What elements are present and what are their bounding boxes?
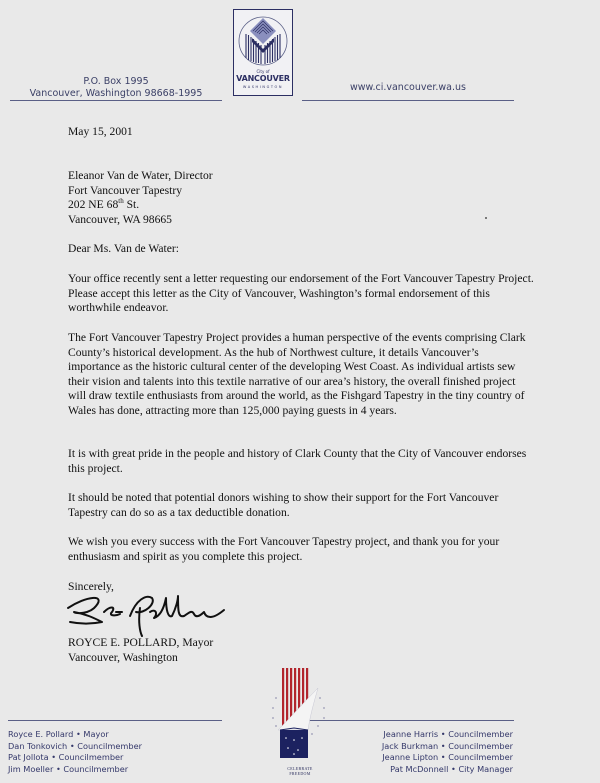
street-suffix: St. — [124, 198, 139, 211]
bullet: • — [70, 741, 75, 751]
bullet: • — [56, 764, 61, 774]
logo-vancouver: VANCOUVER — [234, 74, 292, 84]
paragraph-4: It should be noted that potential donors… — [68, 491, 523, 520]
paragraph-text: It should be noted that potential donors… — [68, 491, 523, 520]
paragraph-text: Your office recently sent a letter reque… — [68, 272, 538, 316]
city-logo: City of VANCOUVER WASHINGTON — [233, 9, 293, 96]
bullet: • — [441, 741, 446, 751]
salutation-block: Dear Ms. Van de Water: — [68, 242, 548, 257]
official-name: Jeanne Lipton — [382, 752, 438, 762]
official-name: Royce E. Pollard — [8, 729, 73, 739]
salutation: Dear Ms. Van de Water: — [68, 242, 548, 257]
official-name: Dan Tonkovich — [8, 741, 67, 751]
official-row: Pat McDonnell • City Manager — [382, 764, 513, 776]
official-name: Pat Jollota — [8, 752, 49, 762]
official-row: Jack Burkman • Councilmember — [382, 741, 513, 753]
official-name: Jack Burkman — [382, 741, 438, 751]
bullet: • — [76, 729, 81, 739]
paragraph-text: It is with great pride in the people and… — [68, 447, 543, 476]
recipient-name: Eleanor Van de Water, Director — [68, 169, 548, 184]
website-link[interactable]: www.ci.vancouver.wa.us — [302, 82, 514, 94]
celebrate-freedom-flag-icon — [268, 668, 332, 766]
header-rule-left — [10, 100, 222, 101]
recipient-city: Vancouver, WA 98665 — [68, 213, 548, 228]
city-state-zip: Vancouver, Washington 98668-1995 — [10, 88, 222, 100]
bullet: • — [441, 752, 446, 762]
official-row: Jeanne Lipton • Councilmember — [382, 752, 513, 764]
paragraph-2: The Fort Vancouver Tapestry Project prov… — [68, 331, 528, 419]
paragraph-1: Your office recently sent a letter reque… — [68, 272, 538, 316]
bullet: • — [51, 752, 56, 762]
recipient-block: Eleanor Van de Water, Director Fort Vanc… — [68, 169, 548, 227]
official-name: Jeanne Harris — [383, 729, 438, 739]
po-box: P.O. Box 1995 — [10, 76, 222, 88]
official-role: Councilmember — [77, 741, 142, 751]
paragraph-text: The Fort Vancouver Tapestry Project prov… — [68, 331, 528, 419]
city-of-vancouver-logo-icon — [238, 14, 288, 68]
street-number: 202 NE 68 — [68, 198, 118, 211]
official-role: Councilmember — [448, 741, 513, 751]
paragraph-3: It is with great pride in the people and… — [68, 447, 543, 476]
officials-right: Jeanne Harris • Councilmember Jack Burkm… — [382, 729, 513, 775]
emblem-caption: CELEBRATE FREEDOM — [280, 766, 320, 776]
header-rule-right — [302, 100, 514, 101]
official-role: Councilmember — [448, 752, 513, 762]
official-row: Jim Moeller • Councilmember — [8, 764, 142, 776]
official-role: Mayor — [83, 729, 108, 739]
emblem-line-2: FREEDOM — [280, 771, 320, 776]
date: May 15, 2001 — [68, 125, 548, 140]
official-role: Councilmember — [448, 729, 513, 739]
letterhead-address: P.O. Box 1995 Vancouver, Washington 9866… — [10, 76, 222, 100]
letterhead-website-wrap: www.ci.vancouver.wa.us — [302, 82, 514, 94]
official-role: Councilmember — [63, 764, 128, 774]
official-role: Councilmember — [59, 752, 124, 762]
bullet: • — [441, 729, 446, 739]
official-role: City Manager — [458, 764, 513, 774]
celebrate-freedom-emblem — [268, 668, 332, 771]
official-row: Pat Jollota • Councilmember — [8, 752, 142, 764]
speck — [485, 217, 487, 219]
signer-name: ROYCE E. POLLARD, Mayor — [68, 636, 548, 651]
handwritten-signature-icon — [66, 588, 246, 643]
official-row: Jeanne Harris • Councilmember — [382, 729, 513, 741]
official-row: Dan Tonkovich • Councilmember — [8, 741, 142, 753]
recipient-organization: Fort Vancouver Tapestry — [68, 184, 548, 199]
paragraph-5: We wish you every success with the Fort … — [68, 535, 543, 564]
signer-block: ROYCE E. POLLARD, Mayor Vancouver, Washi… — [68, 636, 548, 665]
signer-location: Vancouver, Washington — [68, 651, 548, 666]
paragraph-text: We wish you every success with the Fort … — [68, 535, 543, 564]
official-name: Jim Moeller — [8, 764, 53, 774]
official-name: Pat McDonnell — [390, 764, 448, 774]
bullet: • — [451, 764, 456, 774]
logo-washington: WASHINGTON — [234, 84, 292, 90]
footer-rule-left — [8, 720, 222, 721]
official-row: Royce E. Pollard • Mayor — [8, 729, 142, 741]
recipient-street: 202 NE 68th St. — [68, 198, 548, 213]
officials-left: Royce E. Pollard • Mayor Dan Tonkovich •… — [8, 729, 142, 775]
letter-date: May 15, 2001 — [68, 125, 548, 140]
footer-rule-right — [302, 720, 514, 721]
